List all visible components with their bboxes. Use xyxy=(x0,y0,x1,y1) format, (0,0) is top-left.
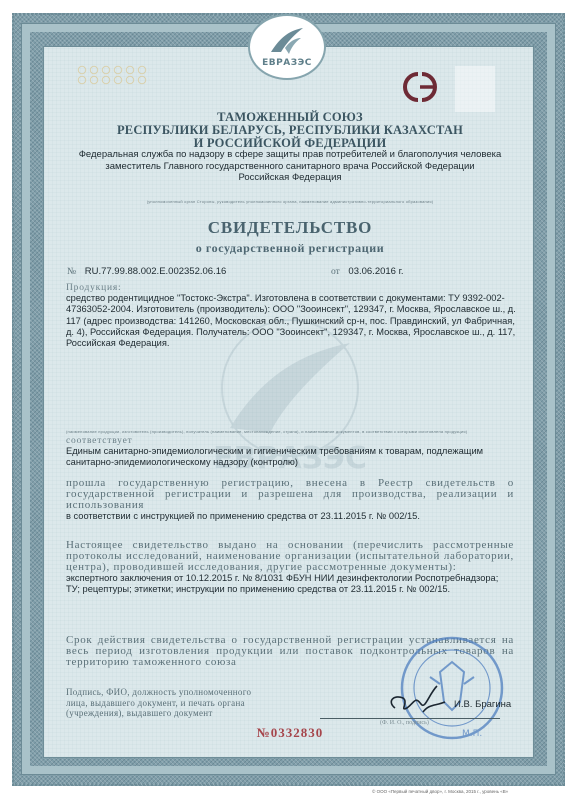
product-caption: (наименование продукции, изготовитель (п… xyxy=(66,429,516,434)
hologram-area xyxy=(455,66,495,112)
basis-text: Настоящее свидетельство выдано на основа… xyxy=(66,540,514,573)
eurasec-emblem-icon xyxy=(267,26,307,56)
product-section: Продукция: средство родентицидное "Тосто… xyxy=(66,284,516,349)
basis-detail: экспертного заключения от 10.12.2015 г. … xyxy=(66,573,514,596)
registration-date: 03.06.2016 г. xyxy=(348,266,403,277)
product-label: Продукция: xyxy=(66,284,516,293)
eurasec-emblem: ЕВРАЗЭС xyxy=(248,14,326,80)
customs-union-heading: ТАМОЖЕННЫЙ СОЮЗ РЕСПУБЛИКИ БЕЛАРУСЬ, РЕС… xyxy=(60,111,520,150)
printer-note: © ООО «Первый печатный двор», г. Москва,… xyxy=(372,789,508,794)
conformity-label: соответствует xyxy=(66,437,516,446)
basis-section: Настоящее свидетельство выдано на основа… xyxy=(66,540,514,596)
registration-number-label: № xyxy=(67,267,76,277)
signature-icon xyxy=(385,682,455,718)
certificate-subtitle: о государственной регистрации xyxy=(60,241,520,256)
serial-number: №0332830 xyxy=(60,725,520,741)
registration-number: RU.77.99.88.002.E.002352.06.16 xyxy=(85,266,227,277)
conformity-text: Единым санитарно-эпидемиологическим и ги… xyxy=(66,446,516,469)
issuing-agency: Федеральная служба по надзору в сфере за… xyxy=(60,149,520,184)
se-conformity-mark-icon xyxy=(398,70,446,104)
conformity-section: соответствует Единым санитарно-эпидемиол… xyxy=(66,437,516,469)
registration-date-group: от 03.06.2016 г. xyxy=(331,266,404,277)
registration-row: № RU.77.99.88.002.E.002352.06.16 от 03.0… xyxy=(67,266,517,277)
registration-date-label: от xyxy=(331,267,340,277)
registration-status-text: прошла государственную регистрацию, внес… xyxy=(66,478,514,511)
product-description: средство родентицидное "Тостокс-Экстра".… xyxy=(66,293,516,349)
authority-caption: (уполномоченный орган Стороны, руководит… xyxy=(90,199,490,204)
guilloche-pattern xyxy=(76,65,150,85)
registration-status-detail: в соответствии с инструкцией по применен… xyxy=(66,511,514,522)
certificate-title: СВИДЕТЕЛЬСТВО xyxy=(60,218,520,238)
registration-status-section: прошла государственную регистрацию, внес… xyxy=(66,478,514,522)
emblem-label: ЕВРАЗЭС xyxy=(262,58,312,68)
signer-name: И.В. Брагина xyxy=(454,699,511,710)
signature-line xyxy=(320,718,500,719)
signature-instructions: Подпись, ФИО, должность уполномоченного … xyxy=(66,687,266,719)
